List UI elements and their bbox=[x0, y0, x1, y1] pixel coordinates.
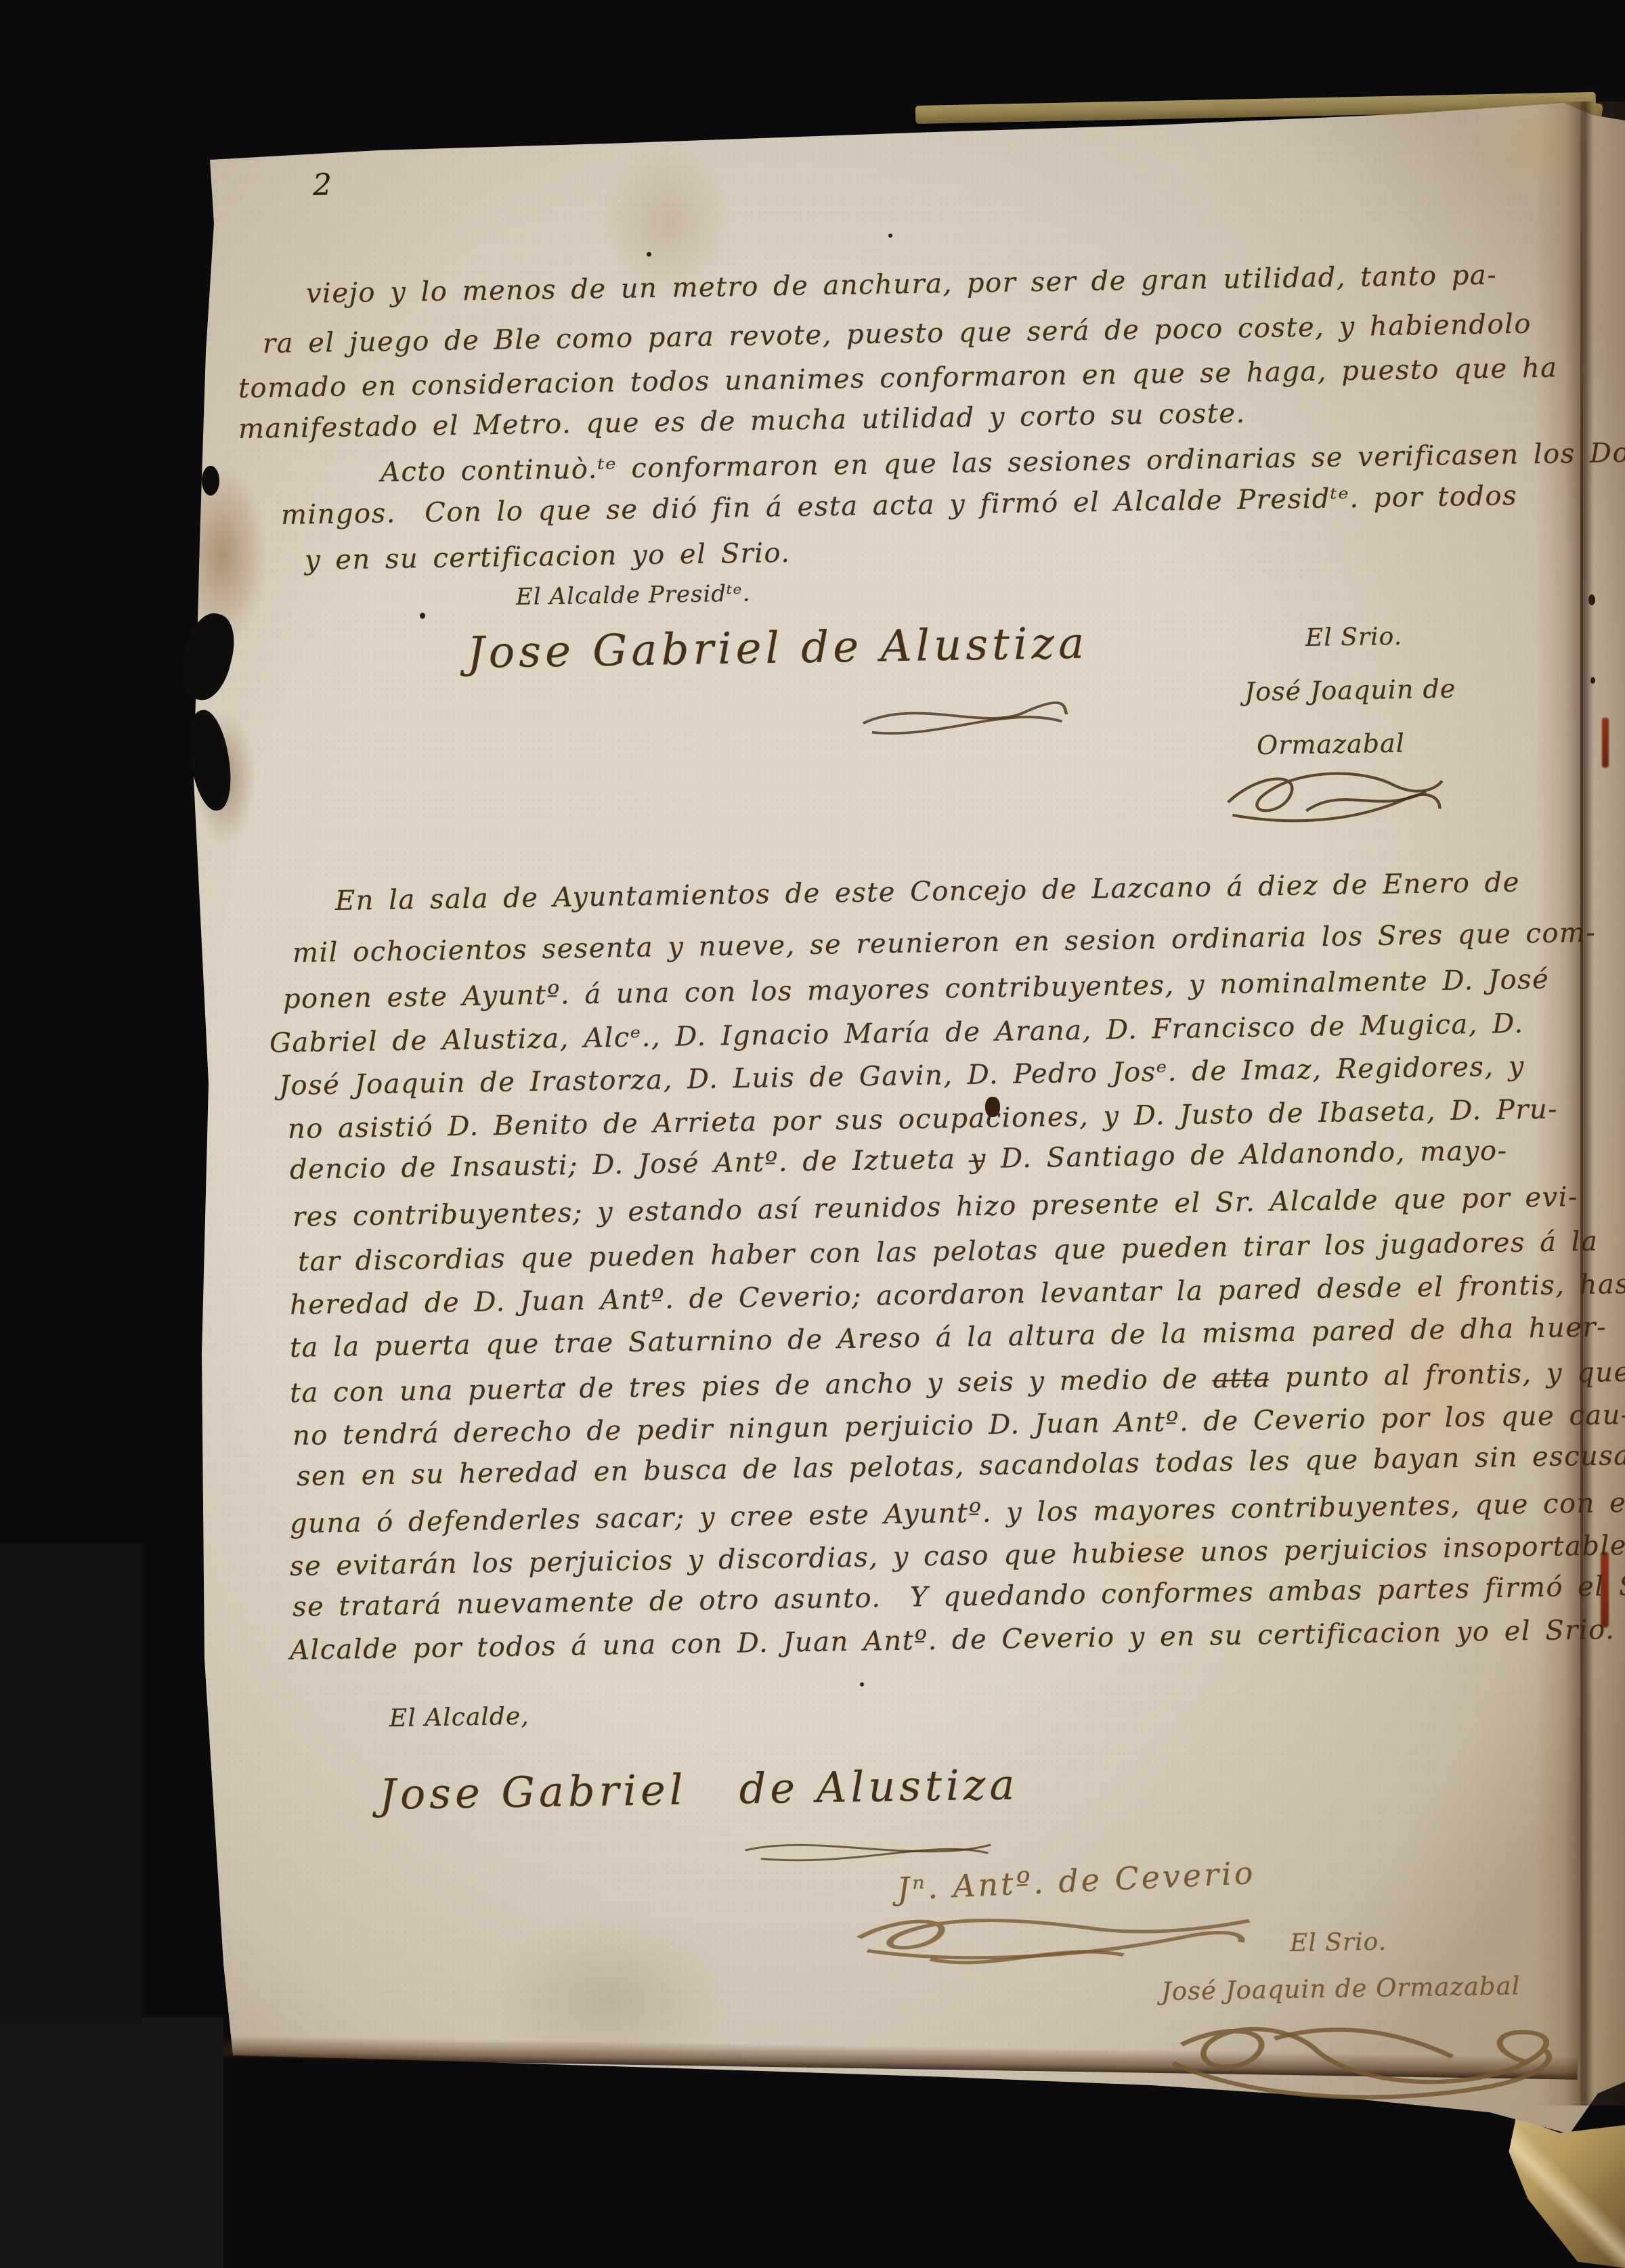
stitch-hole bbox=[1588, 594, 1595, 605]
secretary-name: José Joaquin de bbox=[1244, 674, 1456, 707]
background-patch bbox=[0, 1544, 142, 2024]
edge-damage-blotch bbox=[202, 466, 219, 496]
signature-rubric bbox=[1148, 2014, 1571, 2106]
signature-rubric bbox=[846, 1908, 1266, 1972]
secretary-name: José Joaquin de Ormazabal bbox=[1161, 1971, 1521, 2006]
signature-rubric bbox=[1219, 764, 1449, 828]
alcalde-title: El Alcalde, bbox=[389, 1703, 529, 1732]
page-number: 2 bbox=[313, 168, 332, 202]
background-patch bbox=[0, 2018, 223, 2268]
ink-speck bbox=[420, 613, 425, 619]
ink-speck bbox=[647, 252, 651, 257]
signature-rubric bbox=[850, 687, 1073, 741]
alcalde-title: El Alcalde Presidᵗᵉ. bbox=[516, 580, 751, 611]
secretary-title: El Srio. bbox=[1305, 623, 1403, 652]
signature-rubric bbox=[735, 1828, 999, 1870]
ink-speck bbox=[860, 1682, 864, 1686]
alcalde-signature: Jose Gabriel de Alustiza bbox=[467, 619, 1088, 678]
red-edge-mark bbox=[1602, 718, 1609, 768]
alcalde-signature: Jose Gabriel de Alustiza bbox=[378, 1760, 1019, 1819]
vellum-binding-corner bbox=[1507, 2111, 1625, 2268]
stitch-hole bbox=[1590, 677, 1595, 684]
secretary-name: Ormazabal bbox=[1257, 728, 1405, 760]
gutter-crease bbox=[1580, 102, 1583, 2106]
manuscript-scan: 2 viejo y lo menos de un metro de anchur… bbox=[0, 0, 1625, 2268]
ink-speck bbox=[888, 234, 892, 238]
secretary-title: El Srio. bbox=[1290, 1928, 1387, 1957]
